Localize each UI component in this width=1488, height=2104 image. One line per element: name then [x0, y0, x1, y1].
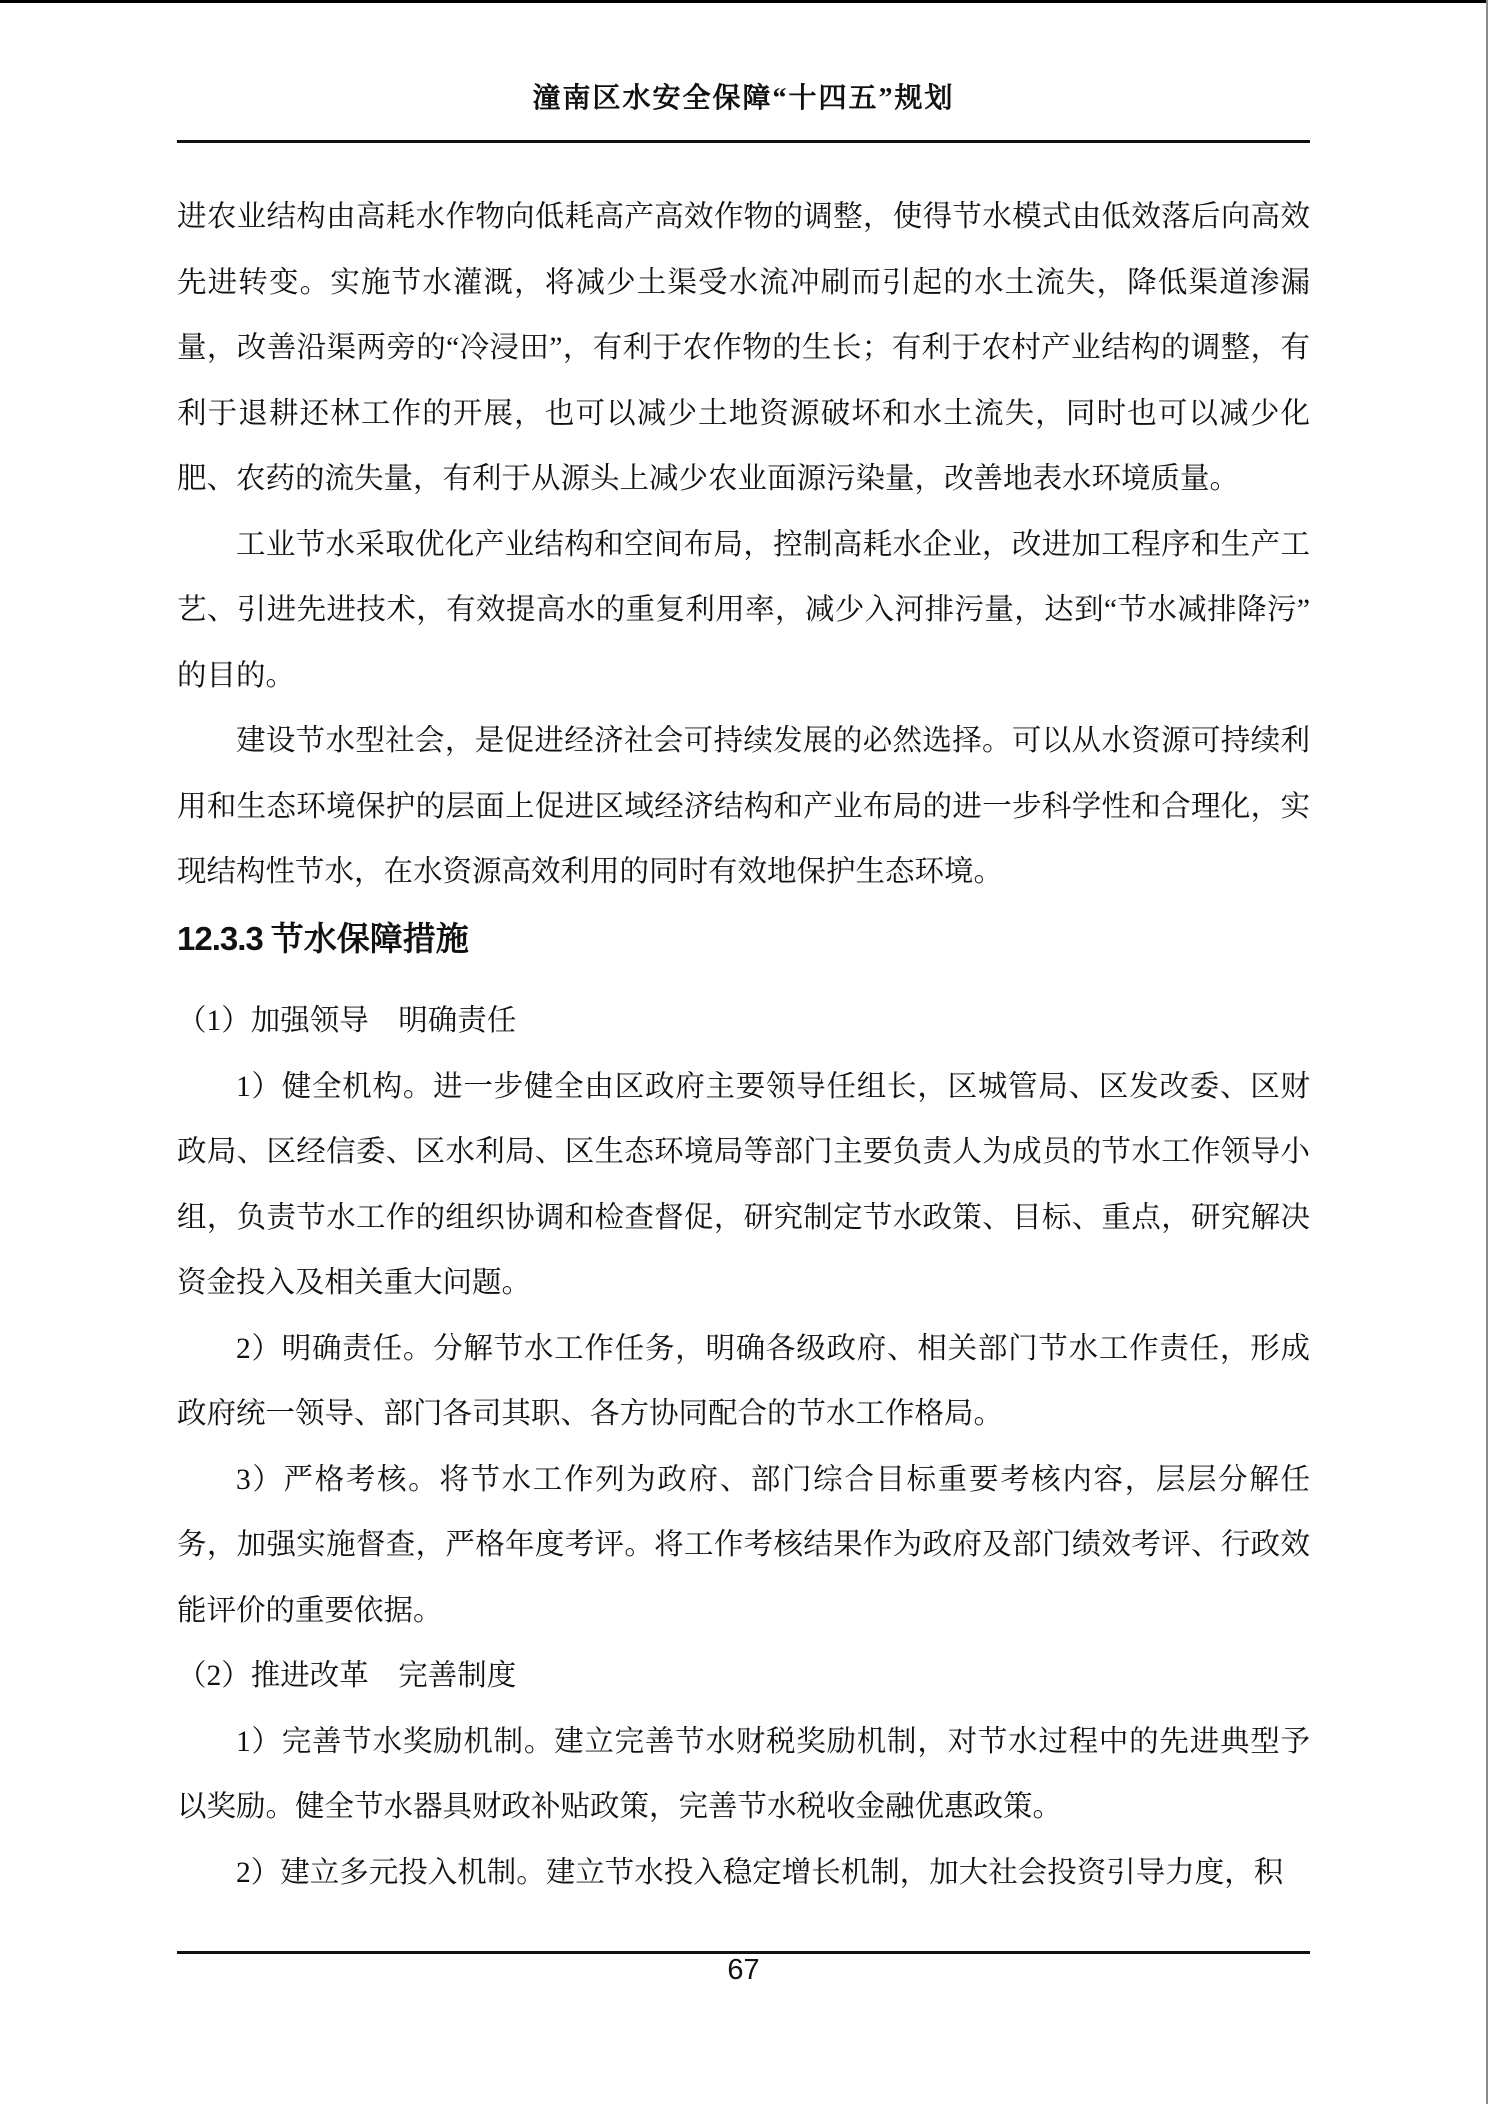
body-paragraph: 2）明确责任。分解节水工作任务，明确各级政府、相关部门节水工作责任，形成政府统一…	[177, 1317, 1310, 1448]
header-divider	[177, 140, 1310, 143]
body-paragraph: 工业节水采取优化产业结构和空间布局，控制高耗水企业，改进加工程序和生产工艺、引进…	[177, 513, 1310, 710]
section-heading-number: 12.3.3	[177, 920, 263, 957]
page-number: 67	[177, 1953, 1310, 1987]
list-item-heading: （1）加强领导 明确责任	[177, 989, 1310, 1055]
body-paragraph: 1）健全机构。进一步健全由区政府主要领导任组长，区城管局、区发改委、区财政局、区…	[177, 1055, 1310, 1317]
list-item-heading: （2）推进改革 完善制度	[177, 1644, 1310, 1710]
body-paragraph: 3）严格考核。将节水工作列为政府、部门综合目标重要考核内容，层层分解任务，加强实…	[177, 1448, 1310, 1645]
body-paragraph: 进农业结构由高耗水作物向低耗高产高效作物的调整，使得节水模式由低效落后向高效先进…	[177, 185, 1310, 513]
document-page: 潼南区水安全保障“十四五”规划 进农业结构由高耗水作物向低耗高产高效作物的调整，…	[0, 0, 1488, 2104]
section-heading-text: 节水保障措施	[271, 920, 469, 957]
body-paragraph: 2）建立多元投入机制。建立节水投入稳定增长机制，加大社会投资引导力度，积	[177, 1841, 1310, 1907]
body-paragraph: 建设节水型社会，是促进经济社会可持续发展的必然选择。可以从水资源可持续利用和生态…	[177, 709, 1310, 906]
section-heading: 12.3.3节水保障措施	[177, 906, 1310, 972]
header-title: 潼南区水安全保障“十四五”规划	[177, 76, 1310, 116]
document-body: 进农业结构由高耗水作物向低耗高产高效作物的调整，使得节水模式由低效落后向高效先进…	[177, 185, 1310, 1906]
page-top-edge-line	[0, 0, 1488, 3]
body-paragraph: 1）完善节水奖励机制。建立完善节水财税奖励机制，对节水过程中的先进典型予以奖励。…	[177, 1710, 1310, 1841]
